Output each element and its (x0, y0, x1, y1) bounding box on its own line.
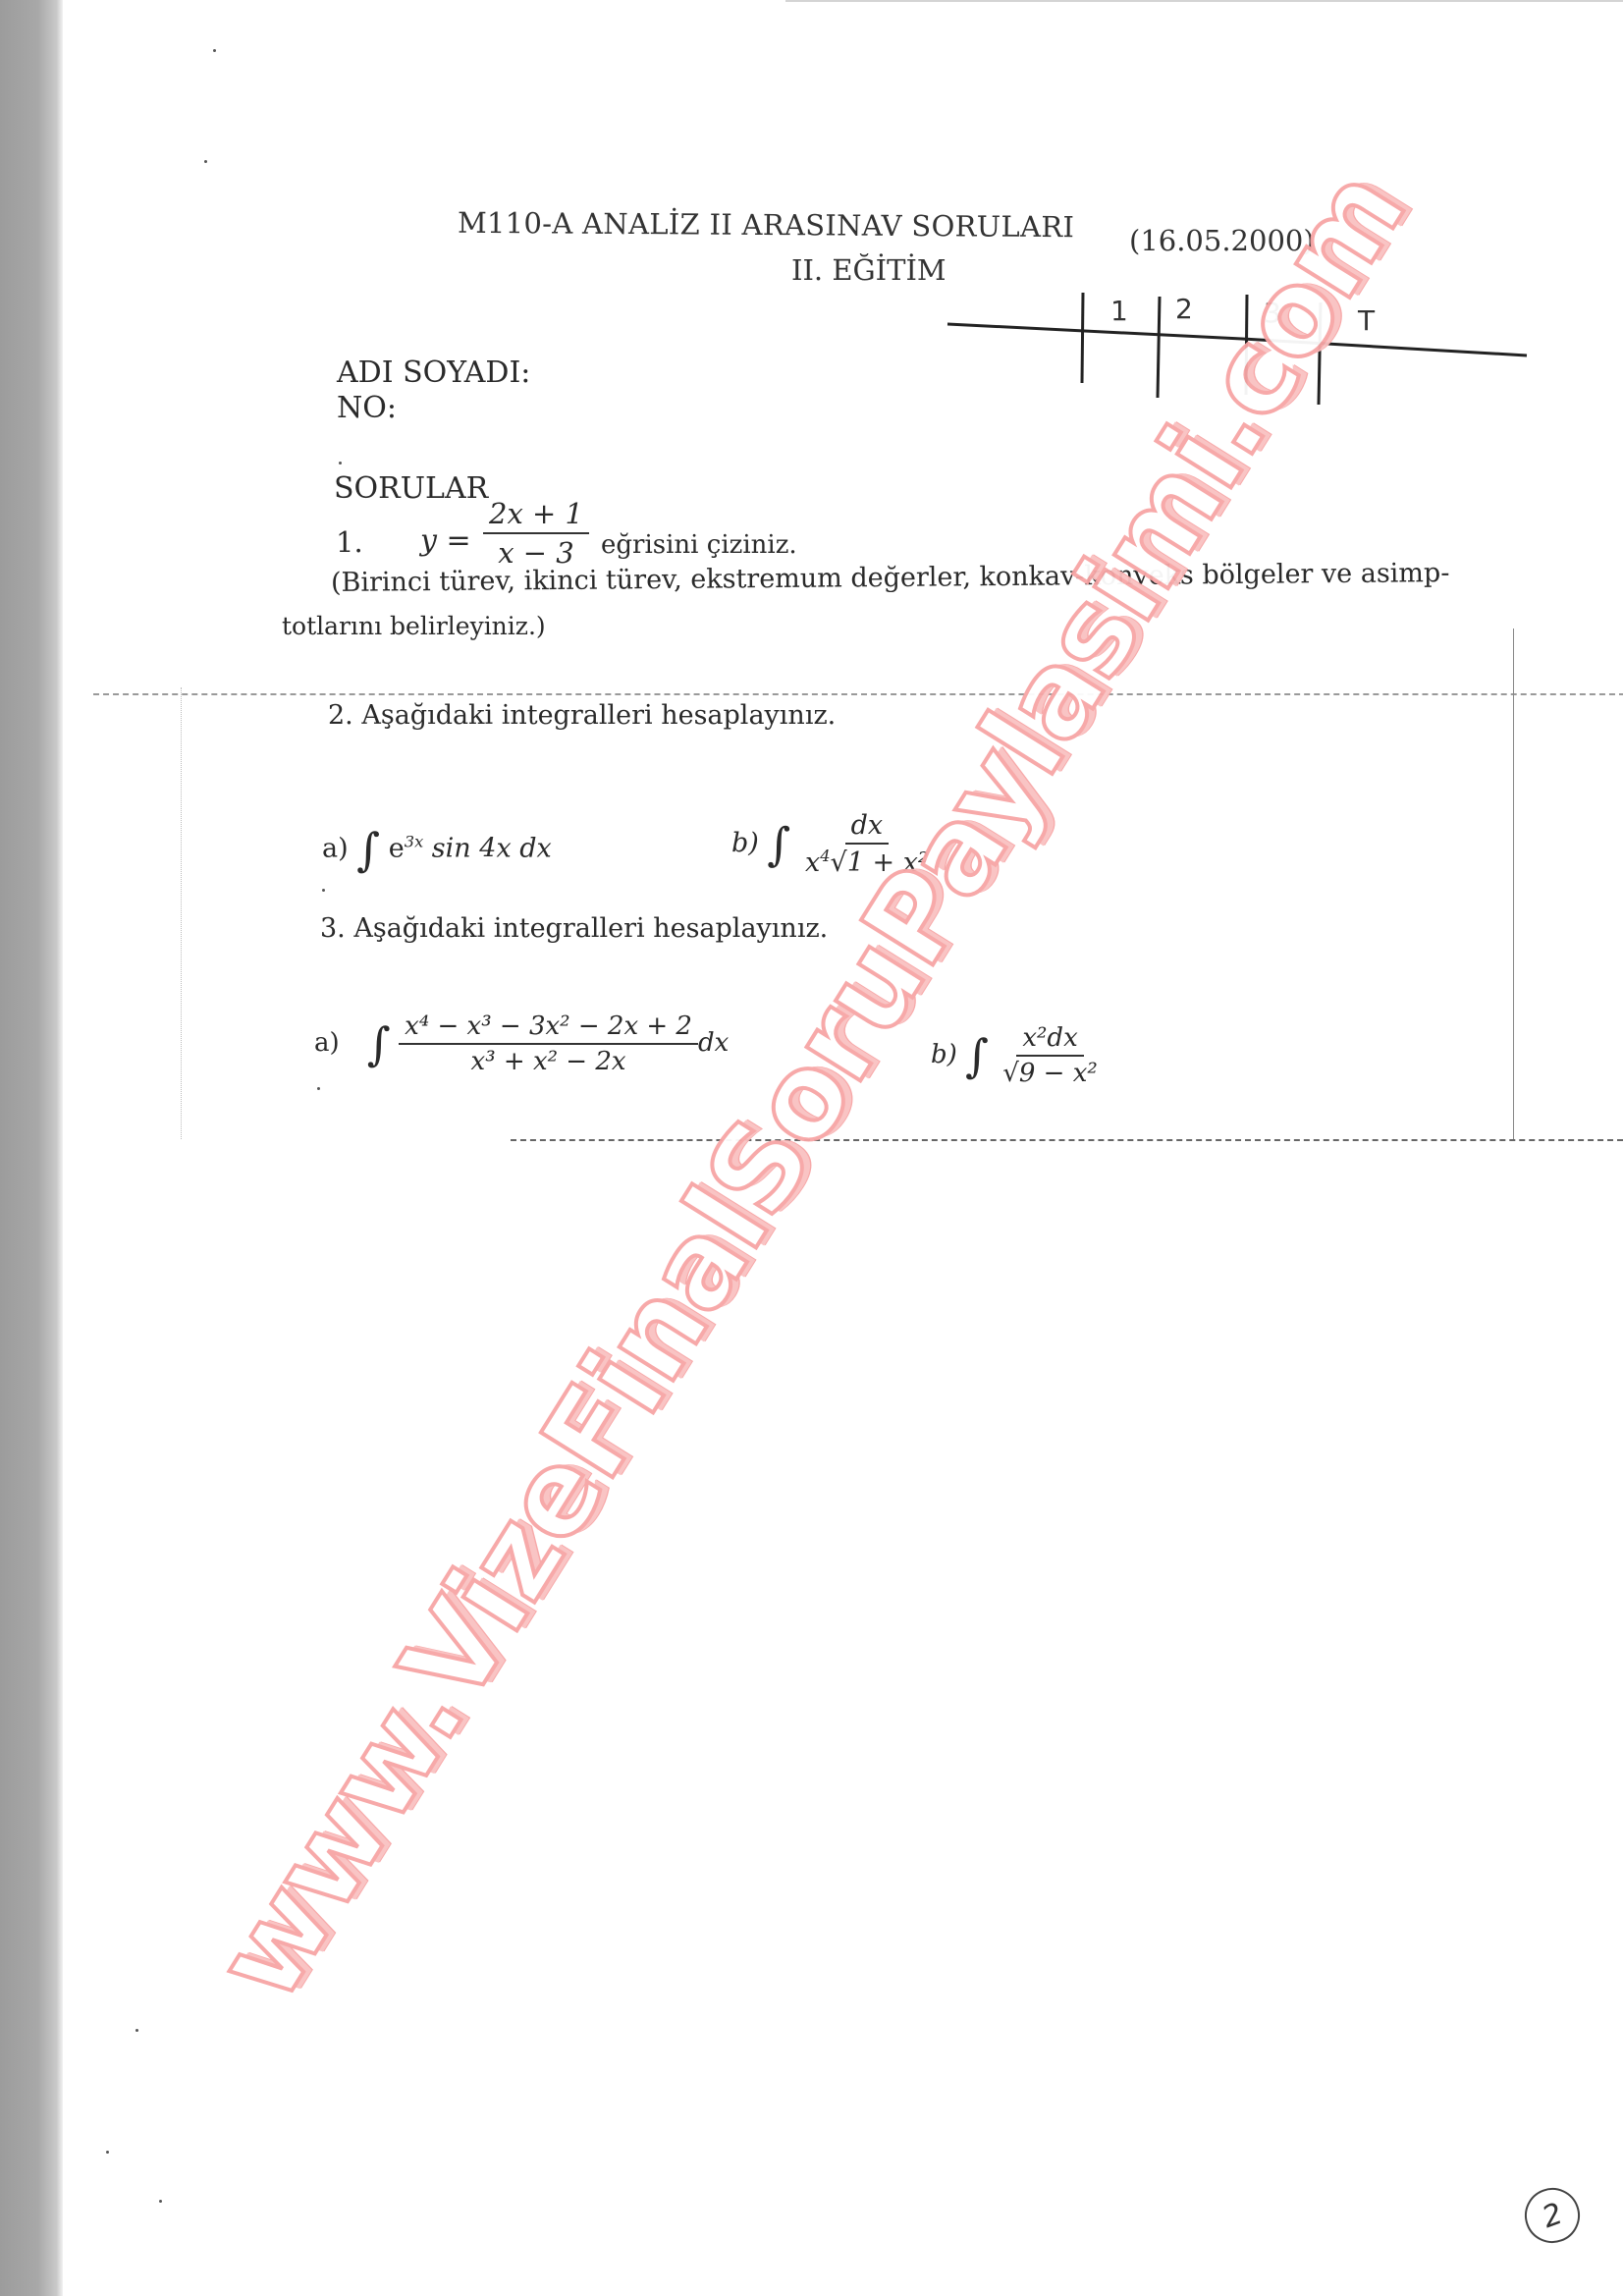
pasted-region-left-border (181, 687, 182, 1139)
question-1-hint-line-2: totlarını belirleyiniz.) (282, 612, 546, 640)
question-3-number: 3. (320, 913, 346, 944)
question-1-fraction: 2x + 1 x − 3 (483, 497, 589, 570)
pasted-region-bottom-border (511, 1139, 1623, 1141)
grade-col-2: 2 (1175, 293, 1193, 325)
question-1-denominator: x − 3 (492, 534, 580, 570)
question-1-numerator: 2x + 1 (483, 497, 589, 534)
pasted-region-right-border (1513, 629, 1514, 1139)
question-1-instruction: eğrisini çiziniz. (601, 530, 797, 560)
scan-speck (213, 49, 216, 52)
scan-speck (322, 889, 325, 892)
exam-date: (16.05.2000) (1129, 224, 1315, 257)
scan-speck (339, 462, 342, 465)
question-2b-label: b) (731, 828, 759, 858)
question-2a-label: a) (322, 834, 349, 864)
name-field-label: ADI SOYADI: (337, 355, 530, 390)
scan-speck (159, 2200, 162, 2203)
question-3b: b) ∫ x²dx √9 − x² (931, 1023, 1104, 1088)
question-2a: a) ∫ e3x sin 4x dx (322, 823, 552, 876)
question-1-lhs: y = (420, 523, 471, 558)
question-3a-label: a) (314, 1028, 340, 1058)
integral-sign: ∫ (965, 1029, 989, 1082)
question-3a: a) ∫ x⁴ − x³ − 3x² − 2x + 2 x³ + x² − 2x… (314, 1011, 729, 1076)
pasted-region-top-border (93, 693, 1623, 695)
grade-table: 1 2 3 T (947, 285, 1527, 412)
integral-sign: ∫ (767, 818, 790, 871)
section-heading: SORULAR (334, 471, 488, 506)
question-2b: b) ∫ dx x4√1 + x² (731, 810, 935, 878)
question-2-number: 2. (328, 700, 353, 731)
scan-speck (317, 1087, 320, 1090)
scan-top-edge (785, 0, 1623, 2)
integral-sign: ∫ (367, 1017, 391, 1070)
question-3b-label: b) (931, 1040, 957, 1069)
grade-col-1: 1 (1110, 295, 1128, 327)
scan-speck (135, 2029, 138, 2032)
question-3-instruction: 3. Aşağıdaki integralleri hesaplayınız. (320, 913, 828, 944)
integral-sign: ∫ (356, 823, 380, 876)
scan-edge (0, 0, 63, 2296)
exam-title: M110-A ANALİZ II ARASINAV SORULARI (458, 206, 1074, 244)
question-1-number: 1. (336, 525, 363, 559)
page-number: 2 (1517, 2180, 1588, 2251)
scan-speck (204, 160, 207, 163)
watermark: www.VizeFinalSoruPaylasimi.com (189, 147, 1431, 2022)
question-2-instruction: 2. Aşağıdaki integralleri hesaplayınız. (328, 700, 836, 731)
number-field-label: NO: (337, 391, 397, 425)
scan-speck (106, 2151, 109, 2154)
grade-col-3: 3 (1264, 297, 1281, 329)
grade-col-total: T (1358, 304, 1375, 337)
exam-subtitle: II. EĞİTİM (791, 253, 947, 287)
